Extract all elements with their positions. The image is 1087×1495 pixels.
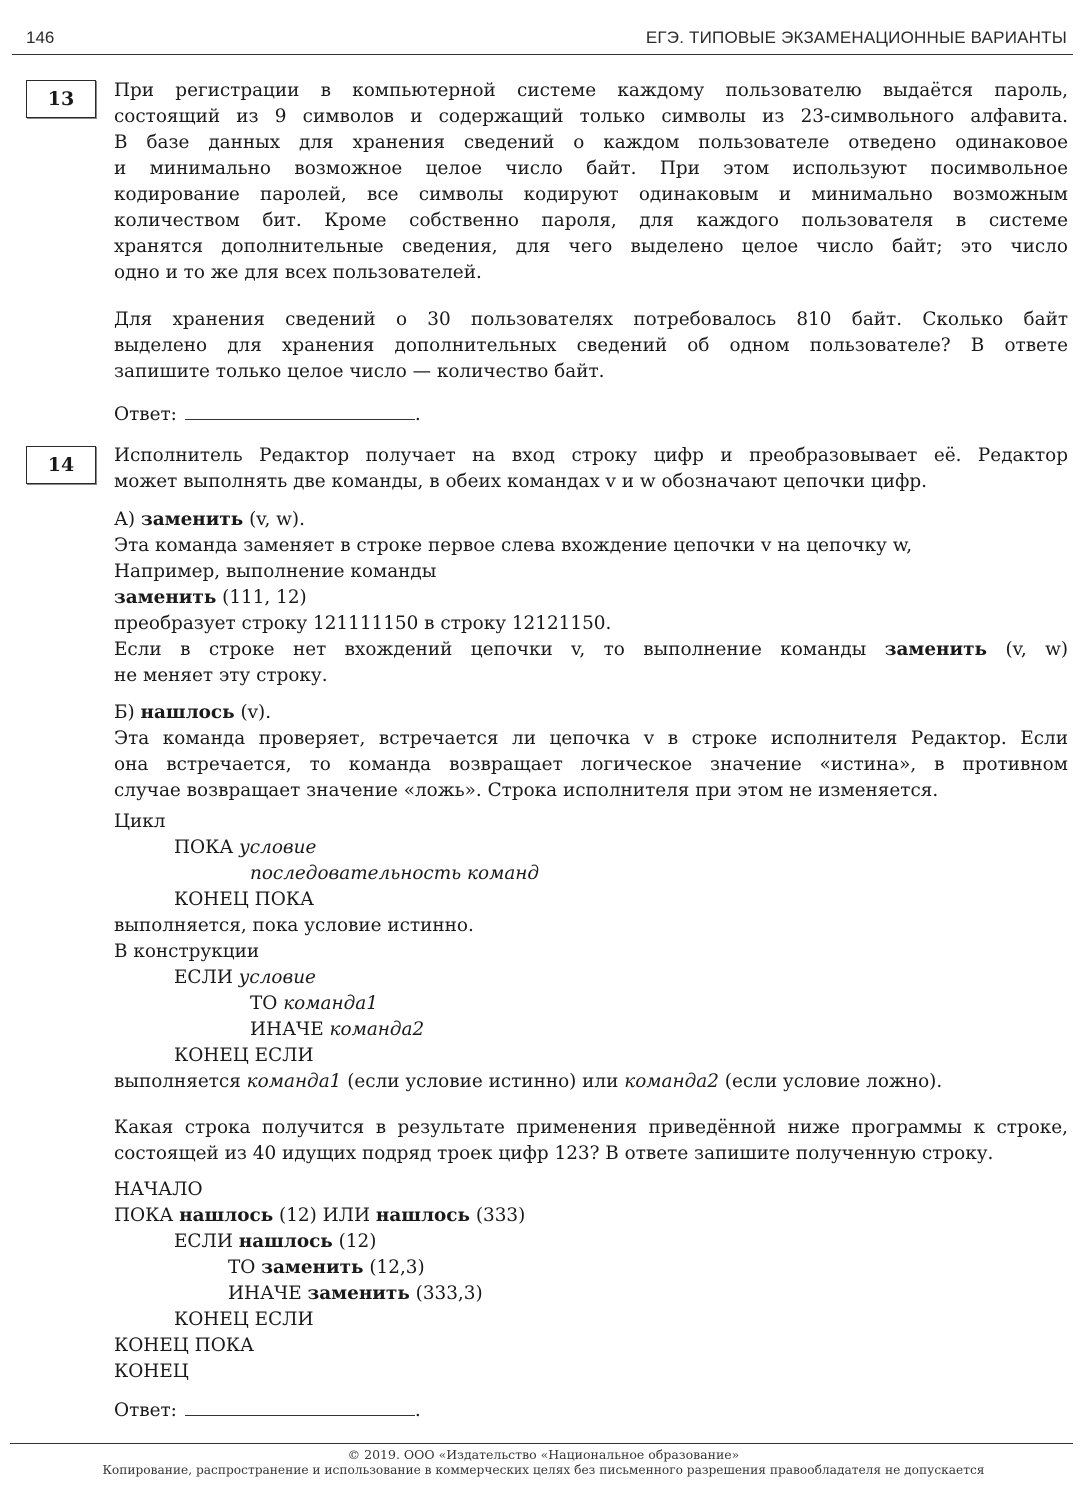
if-header: ЕСЛИ условие bbox=[114, 965, 1068, 991]
italic-term: команда1 bbox=[247, 1071, 342, 1092]
text-line: и минимально возможное целое число байт.… bbox=[114, 156, 1068, 182]
text-line: выполняется команда1 (если условие истин… bbox=[114, 1069, 1068, 1095]
text-line: выделено для хранения дополнительных све… bbox=[114, 333, 1068, 359]
program-then-line: ТО заменить (12,3) bbox=[114, 1255, 1068, 1281]
text-line: кодирование паролей, все символы кодирую… bbox=[114, 182, 1068, 208]
command-b-heading: Б) нашлось (v). bbox=[114, 700, 1068, 726]
text-line: случае возвращает значение «ложь». Строк… bbox=[114, 778, 1068, 804]
loop-body: последовательность команд bbox=[114, 861, 1068, 887]
command-args: (v). bbox=[235, 702, 271, 723]
command-name: нашлось bbox=[239, 1231, 333, 1252]
command-name: заменить bbox=[308, 1283, 410, 1304]
exam-page: 146 ЕГЭ. ТИПОВЫЕ ЭКЗАМЕНАЦИОННЫЕ ВАРИАНТ… bbox=[0, 0, 1087, 1495]
keyword: ЕСЛИ bbox=[174, 967, 233, 988]
text-span: (если условие истинно) или bbox=[341, 1071, 624, 1092]
keyword: ИЛИ bbox=[323, 1205, 376, 1226]
text-line: Исполнитель Редактор получает на вход ст… bbox=[114, 443, 1068, 469]
keyword: ИНАЧЕ bbox=[250, 1019, 324, 1040]
text-line: одно и то же для всех пользователей. bbox=[114, 260, 1068, 286]
page-number: 146 bbox=[26, 28, 54, 48]
keyword: ИНАЧЕ bbox=[228, 1283, 308, 1304]
command-name: нашлось bbox=[376, 1205, 470, 1226]
keyword: ПОКА bbox=[174, 837, 233, 858]
text-line: запишите только целое число — количество… bbox=[114, 359, 1068, 385]
loop-construct: Цикл ПОКА условие последовательность ком… bbox=[114, 809, 1068, 939]
text-line: В базе данных для хранения сведений о ка… bbox=[114, 130, 1068, 156]
text-line: Если в строке нет вхождений цепочки v, т… bbox=[114, 637, 1068, 663]
command-args: (333) bbox=[470, 1205, 525, 1226]
command-name: заменить bbox=[114, 587, 216, 608]
text-line: не меняет эту строку. bbox=[114, 663, 1068, 689]
task14-answer: Ответ:. bbox=[114, 1398, 421, 1424]
keyword-line: КОНЕЦ bbox=[114, 1359, 1068, 1385]
text-line: Какая строка получится в результате прим… bbox=[114, 1115, 1068, 1141]
keyword-line: КОНЕЦ ПОКА bbox=[114, 1333, 1068, 1359]
command-args: (v, w). bbox=[243, 509, 305, 530]
task-number-14: 14 bbox=[26, 446, 96, 484]
task-number-13: 13 bbox=[26, 80, 96, 118]
text-line: Например, выполнение команды bbox=[114, 559, 1068, 585]
text-line: состоящий из 9 символов и содержащий тол… bbox=[114, 104, 1068, 130]
command-args: (333,3) bbox=[410, 1283, 483, 1304]
command-name: заменить bbox=[885, 639, 987, 660]
command-args: (v, w) bbox=[987, 639, 1068, 660]
command-name: заменить bbox=[261, 1257, 363, 1278]
text-line: она встречается, то команда возвращает л… bbox=[114, 752, 1068, 778]
italic-term: условие bbox=[239, 837, 316, 858]
command-a-description: А) заменить (v, w). Эта команда заменяет… bbox=[114, 507, 1068, 689]
text-line: может выполнять две команды, в обеих ком… bbox=[114, 469, 1068, 495]
italic-term: команда2 bbox=[330, 1019, 425, 1040]
keyword: ПОКА bbox=[114, 1205, 179, 1226]
text-line: Эта команда проверяет, встречается ли це… bbox=[114, 726, 1068, 752]
command-args: (111, 12) bbox=[216, 587, 306, 608]
branch-construct: В конструкции ЕСЛИ условие ТО команда1 И… bbox=[114, 939, 1068, 1095]
command-args: (12,3) bbox=[364, 1257, 425, 1278]
text-line: состоящей из 40 идущих подряд троек цифр… bbox=[114, 1141, 1068, 1167]
command-a-heading: А) заменить (v, w). bbox=[114, 507, 1068, 533]
keyword: ЕСЛИ bbox=[174, 1231, 239, 1252]
program-while-line: ПОКА нашлось (12) ИЛИ нашлось (333) bbox=[114, 1203, 1068, 1229]
text-line: преобразует строку 121111150 в строку 12… bbox=[114, 611, 1068, 637]
example-command: заменить (111, 12) bbox=[114, 585, 1068, 611]
keyword-line: КОНЕЦ ЕСЛИ bbox=[114, 1307, 1068, 1333]
text-line: Эта команда заменяет в строке первое сле… bbox=[114, 533, 1068, 559]
command-name: заменить bbox=[141, 509, 243, 530]
text-line: В конструкции bbox=[114, 939, 1068, 965]
keyword-line: НАЧАЛО bbox=[114, 1177, 1068, 1203]
label-prefix: Б) bbox=[114, 702, 141, 723]
command-args: (12) bbox=[333, 1231, 377, 1252]
italic-term: условие bbox=[239, 967, 316, 988]
loop-header: ПОКА условие bbox=[114, 835, 1068, 861]
italic-term: последовательность команд bbox=[250, 863, 539, 884]
keyword-line: КОНЕЦ ПОКА bbox=[114, 887, 1068, 913]
answer-label: Ответ: bbox=[114, 404, 177, 425]
text-span: выполняется bbox=[114, 1071, 247, 1092]
task13-paragraph-2: Для хранения сведений о 30 пользователях… bbox=[114, 307, 1068, 385]
task14-answer-field[interactable] bbox=[185, 1399, 415, 1416]
else-branch: ИНАЧЕ команда2 bbox=[114, 1017, 1068, 1043]
running-header: 146 ЕГЭ. ТИПОВЫЕ ЭКЗАМЕНАЦИОННЫЕ ВАРИАНТ… bbox=[26, 26, 1067, 54]
program-if-line: ЕСЛИ нашлось (12) bbox=[114, 1229, 1068, 1255]
header-rule bbox=[12, 54, 1073, 55]
text-line: Для хранения сведений о 30 пользователях… bbox=[114, 307, 1068, 333]
command-name: нашлось bbox=[141, 702, 235, 723]
command-b-description: Б) нашлось (v). Эта команда проверяет, в… bbox=[114, 700, 1068, 804]
text-line: выполняется, пока условие истинно. bbox=[114, 913, 1068, 939]
footer-rule bbox=[10, 1443, 1073, 1444]
task13-answer: Ответ:. bbox=[114, 402, 421, 428]
command-args: (12) bbox=[273, 1205, 322, 1226]
text-line: Цикл bbox=[114, 809, 1068, 835]
keyword: ТО bbox=[228, 1257, 261, 1278]
text-span: (если условие ложно). bbox=[719, 1071, 942, 1092]
task14-intro: Исполнитель Редактор получает на вход ст… bbox=[114, 443, 1068, 495]
text-span: Если в строке нет вхождений цепочки v, т… bbox=[114, 639, 885, 660]
footer-copyright: © 2019. ООО «Издательство «Национальное … bbox=[0, 1447, 1087, 1462]
running-title: ЕГЭ. ТИПОВЫЕ ЭКЗАМЕНАЦИОННЫЕ ВАРИАНТЫ bbox=[646, 28, 1067, 48]
keyword-line: КОНЕЦ ЕСЛИ bbox=[114, 1043, 1068, 1069]
task13-answer-field[interactable] bbox=[185, 403, 415, 420]
command-name: нашлось bbox=[179, 1205, 273, 1226]
keyword: ТО bbox=[250, 993, 277, 1014]
task14-question: Какая строка получится в результате прим… bbox=[114, 1115, 1068, 1167]
italic-term: команда1 bbox=[283, 993, 378, 1014]
program-else-line: ИНАЧЕ заменить (333,3) bbox=[114, 1281, 1068, 1307]
footer-notice: Копирование, распространение и использов… bbox=[0, 1463, 1087, 1477]
italic-term: команда2 bbox=[624, 1071, 719, 1092]
task13-paragraph-1: При регистрации в компьютерной системе к… bbox=[114, 78, 1068, 286]
text-line: При регистрации в компьютерной системе к… bbox=[114, 78, 1068, 104]
text-line: хранятся дополнительные сведения, для че… bbox=[114, 234, 1068, 260]
answer-period: . bbox=[415, 1400, 421, 1421]
label-prefix: А) bbox=[114, 509, 141, 530]
answer-period: . bbox=[415, 404, 421, 425]
answer-label: Ответ: bbox=[114, 1400, 177, 1421]
text-line: количеством бит. Кроме собственно пароля… bbox=[114, 208, 1068, 234]
program-listing: НАЧАЛО ПОКА нашлось (12) ИЛИ нашлось (33… bbox=[114, 1177, 1068, 1385]
then-branch: ТО команда1 bbox=[114, 991, 1068, 1017]
